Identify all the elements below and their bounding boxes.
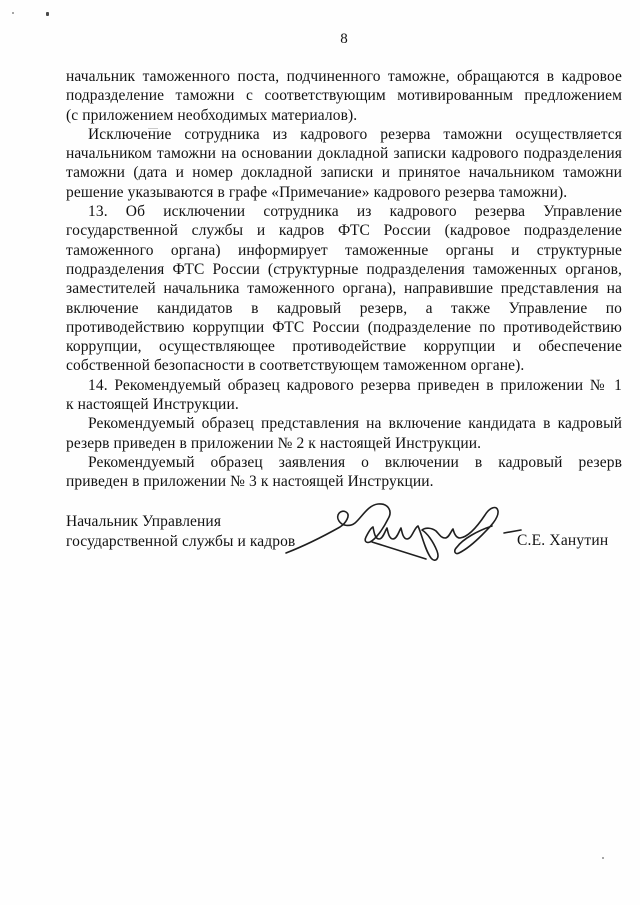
text-line: Рекомендуемый образец представления на в…: [66, 414, 622, 433]
scan-speck: [148, 128, 158, 129]
paragraph: начальник таможенного поста, подчиненног…: [66, 67, 622, 125]
paragraph: Рекомендуемый образец представления на в…: [66, 414, 622, 453]
text-line: Рекомендуемый образец заявления о включе…: [66, 453, 622, 472]
text-line: подразделение таможни с соответствующим …: [66, 86, 622, 105]
signatory-title: Начальник Управления государственной слу…: [66, 512, 295, 552]
text-line: начальником таможни на основании докладн…: [66, 144, 622, 163]
text-line: (с приложением необходимых материалов).: [66, 106, 622, 125]
text-line: собственной безопасности в соответствующ…: [66, 356, 622, 375]
text-line: к настоящей Инструкции.: [66, 395, 622, 414]
document-body: начальник таможенного поста, подчиненног…: [66, 67, 622, 492]
handwritten-signature-icon: [276, 497, 528, 569]
text-line: 14. Рекомендуемый образец кадрового резе…: [66, 376, 622, 395]
page-number: 8: [66, 31, 622, 48]
scan-speck: [602, 857, 604, 859]
signatory-name: С.Е. Ханутин: [517, 531, 608, 550]
text-line: противодействию коррупции ФТС России (по…: [66, 318, 622, 337]
text-line: резерв приведен в приложении № 2 к насто…: [66, 434, 622, 453]
text-line: начальник таможенного поста, подчиненног…: [66, 67, 622, 86]
text-line: включение кандидатов в кадровый резерв, …: [66, 299, 622, 318]
paragraph: Исключение сотрудника из кадрового резер…: [66, 125, 622, 202]
text-line: решение указываются в графе «Примечание»…: [66, 183, 622, 202]
signatory-title-line-1: Начальник Управления: [66, 512, 295, 532]
text-line: заместителей начальника таможенного орга…: [66, 279, 622, 298]
text-line: таможни (дата и номер докладной записки …: [66, 163, 622, 182]
signatory-title-line-2: государственной службы и кадров: [66, 532, 295, 552]
text-line: подразделения ФТС России (структурные по…: [66, 260, 622, 279]
paragraph: 13. Об исключении сотрудника из кадровог…: [66, 202, 622, 376]
text-line: государственной службы и кадров ФТС Росс…: [66, 221, 622, 240]
text-line: коррупции, осуществляющее противодействи…: [66, 337, 622, 356]
scan-speck: [12, 12, 14, 14]
paragraph: Рекомендуемый образец заявления о включе…: [66, 453, 622, 492]
scan-speck: [46, 12, 49, 16]
text-line: 13. Об исключении сотрудника из кадровог…: [66, 202, 622, 221]
paragraph: 14. Рекомендуемый образец кадрового резе…: [66, 376, 622, 415]
text-line: приведен в приложении № 3 к настоящей Ин…: [66, 472, 622, 491]
document-page: 8 начальник таможенного поста, подчиненн…: [0, 0, 640, 905]
text-line: таможенного органа) информирует таможенн…: [66, 241, 622, 260]
